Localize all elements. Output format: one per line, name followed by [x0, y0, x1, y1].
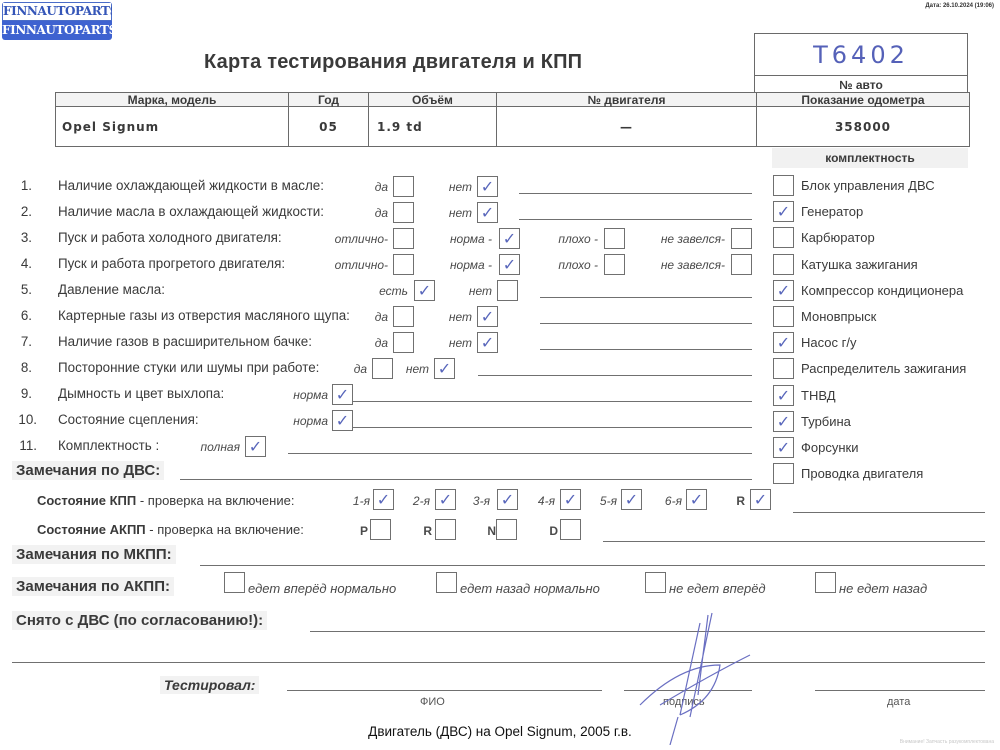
fio-line[interactable] — [287, 690, 602, 691]
completeness-checkbox[interactable] — [773, 358, 794, 379]
auto-gear-checkbox[interactable] — [560, 519, 581, 540]
option-checkbox[interactable]: ✓ — [477, 176, 498, 197]
checklist-number: 11. — [15, 438, 37, 453]
notes-line[interactable] — [519, 193, 752, 194]
remarks-manual-line[interactable] — [200, 565, 985, 566]
logo-line-2: FINNAUTOPARTS — [2, 21, 112, 40]
date-line[interactable] — [815, 690, 985, 691]
option-checkbox[interactable] — [604, 254, 625, 275]
completeness-item-label: Форсунки — [801, 440, 858, 455]
auto-remark-label: едет назад нормально — [460, 581, 600, 596]
completeness-checkbox[interactable]: ✓ — [773, 437, 794, 458]
notes-line[interactable] — [540, 297, 752, 298]
value-year: 05 — [289, 107, 369, 147]
completeness-checkbox[interactable] — [773, 463, 794, 484]
completeness-item-label: Насос г/у — [801, 335, 856, 350]
option-checkbox[interactable] — [393, 176, 414, 197]
option-label: плохо - — [558, 258, 598, 272]
checklist-label: Комплектность : — [58, 438, 159, 453]
manual-gear-checkbox[interactable]: ✓ — [750, 489, 771, 510]
manual-gear-checkbox[interactable]: ✓ — [497, 489, 518, 510]
manual-gear-label: 6-я — [665, 494, 682, 508]
remarks-auto-label: Замечания по АКПП: — [12, 577, 174, 596]
option-checkbox[interactable] — [393, 306, 414, 327]
completeness-checkbox[interactable]: ✓ — [773, 411, 794, 432]
manual-gear-checkbox[interactable]: ✓ — [373, 489, 394, 510]
completeness-item-label: Турбина — [801, 414, 851, 429]
manual-gear-label: 1-я — [353, 494, 370, 508]
option-checkbox[interactable]: ✓ — [477, 306, 498, 327]
checklist-label: Наличие газов в расширительном бачке: — [58, 334, 312, 349]
value-volume: 1.9 td — [369, 107, 497, 147]
auto-gear-checkbox[interactable] — [370, 519, 391, 540]
option-label: полная — [201, 440, 240, 454]
option-label: да — [375, 180, 388, 194]
auto-remark-checkbox[interactable] — [815, 572, 836, 593]
checklist-number: 1. — [10, 178, 32, 193]
auto-gearbox-line[interactable] — [603, 541, 985, 542]
manual-gear-checkbox[interactable]: ✓ — [686, 489, 707, 510]
auto-remark-checkbox[interactable] — [436, 572, 457, 593]
notes-line[interactable] — [478, 375, 752, 376]
checklist-label: Состояние сцепления: — [58, 412, 199, 427]
checklist-label: Наличие масла в охлаждающей жидкости: — [58, 204, 324, 219]
auto-number-value: T6402 — [755, 34, 967, 76]
completeness-item-label: Проводка двигателя — [801, 466, 923, 481]
auto-gear-checkbox[interactable] — [435, 519, 456, 540]
col-odometer: Показание одометра — [757, 93, 970, 107]
option-checkbox[interactable] — [372, 358, 393, 379]
completeness-title: комплектность — [772, 148, 968, 168]
completeness-checkbox[interactable] — [773, 254, 794, 275]
option-checkbox[interactable] — [497, 280, 518, 301]
option-checkbox[interactable]: ✓ — [414, 280, 435, 301]
completeness-checkbox[interactable] — [773, 227, 794, 248]
option-checkbox[interactable] — [393, 254, 414, 275]
auto-number-box: T6402 № авто — [754, 33, 968, 95]
auto-gear-label: P — [360, 524, 368, 538]
remarks-engine-label: Замечания по ДВС: — [12, 461, 164, 480]
manual-gearbox-line[interactable] — [793, 512, 985, 513]
option-checkbox[interactable] — [393, 228, 414, 249]
option-label: да — [375, 336, 388, 350]
manual-gear-label: 5-я — [600, 494, 617, 508]
notes-line[interactable] — [540, 323, 752, 324]
option-checkbox[interactable] — [393, 332, 414, 353]
checklist-label: Картерные газы из отверстия масляного щу… — [58, 308, 350, 323]
auto-gear-checkbox[interactable] — [496, 519, 517, 540]
auto-remark-checkbox[interactable] — [645, 572, 666, 593]
option-checkbox[interactable]: ✓ — [477, 202, 498, 223]
checklist-number: 8. — [10, 360, 32, 375]
finnautoparts-logo: FINNAUTOPARTS FINNAUTOPARTS — [2, 2, 112, 40]
checklist-number: 3. — [10, 230, 32, 245]
auto-remark-checkbox[interactable] — [224, 572, 245, 593]
manual-gear-checkbox[interactable]: ✓ — [435, 489, 456, 510]
option-checkbox[interactable]: ✓ — [332, 410, 353, 431]
notes-line[interactable] — [352, 401, 752, 402]
document-date: Дата: 26.10.2024 (19:06) — [925, 3, 994, 9]
auto-remark-label: не едет назад — [839, 581, 927, 596]
completeness-item-label: Катушка зажигания — [801, 257, 918, 272]
checklist-number: 5. — [10, 282, 32, 297]
completeness-item-label: Карбюратор — [801, 230, 875, 245]
completeness-checkbox[interactable]: ✓ — [773, 280, 794, 301]
completeness-item-label: Распределитель зажигания — [801, 361, 966, 376]
option-label: норма — [293, 388, 328, 402]
notes-line[interactable] — [540, 349, 752, 350]
completeness-checkbox[interactable]: ✓ — [773, 201, 794, 222]
option-label: норма - — [450, 232, 492, 246]
option-label: нет — [449, 206, 472, 220]
checklist-number: 7. — [10, 334, 32, 349]
auto-gear-label: D — [549, 524, 558, 538]
option-label: нет — [449, 180, 472, 194]
removed-label: Снято с ДВС (по согласованию!): — [12, 611, 267, 630]
remarks-engine-line[interactable] — [180, 479, 752, 480]
completeness-item-label: Моновпрыск — [801, 309, 876, 324]
manual-gear-checkbox[interactable]: ✓ — [560, 489, 581, 510]
completeness-item-label: Блок управления ДВС — [801, 178, 935, 193]
manual-gear-label: R — [736, 494, 745, 508]
option-label: не завелся- — [661, 258, 725, 272]
option-label: нет — [406, 362, 429, 376]
checklist-label: Посторонние стуки или шумы при работе: — [58, 360, 319, 375]
option-label: нет — [449, 310, 472, 324]
option-label: да — [375, 310, 388, 324]
manual-gear-label: 3-я — [473, 494, 490, 508]
col-make-model: Марка, модель — [56, 93, 289, 107]
option-label: норма - — [450, 258, 492, 272]
col-year: Год — [289, 93, 369, 107]
image-caption: Двигатель (ДВС) на Opel Signum, 2005 г.в… — [0, 724, 1000, 739]
option-label: есть — [379, 284, 408, 298]
value-make-model: Opel Signum — [56, 107, 289, 147]
option-label: отлично- — [335, 232, 388, 246]
option-label: отлично- — [335, 258, 388, 272]
option-checkbox[interactable] — [393, 202, 414, 223]
checklist-number: 9. — [10, 386, 32, 401]
checklist-number: 4. — [10, 256, 32, 271]
completeness-checkbox[interactable]: ✓ — [773, 332, 794, 353]
option-checkbox[interactable]: ✓ — [499, 254, 520, 275]
manual-gear-checkbox[interactable]: ✓ — [621, 489, 642, 510]
checklist-number: 6. — [10, 308, 32, 323]
removed-line-2[interactable] — [12, 662, 985, 663]
option-label: да — [375, 206, 388, 220]
date-label: дата — [887, 696, 910, 708]
logo-line-1: FINNAUTOPARTS — [2, 2, 112, 21]
option-label: нет — [469, 284, 492, 298]
manual-gear-label: 4-я — [538, 494, 555, 508]
checklist-label: Давление масла: — [58, 282, 165, 297]
checklist-label: Пуск и работа прогретого двигателя: — [58, 256, 285, 271]
checklist-label: Дымность и цвет выхлопа: — [58, 386, 224, 401]
value-engine-number: — — [497, 107, 757, 147]
auto-gearbox-label: Состояние АКПП - проверка на включение: — [37, 522, 304, 537]
manual-gearbox-label: Состояние КПП - проверка на включение: — [37, 493, 294, 508]
watermark-text: Внимание! Запчасть разукомплектована — [900, 739, 994, 745]
fio-label: ФИО — [420, 696, 445, 708]
option-checkbox[interactable]: ✓ — [434, 358, 455, 379]
auto-remark-label: не едет вперёд — [669, 581, 766, 596]
option-checkbox[interactable]: ✓ — [499, 228, 520, 249]
auto-remark-label: едет вперёд нормально — [248, 581, 396, 596]
manual-gear-label: 2-я — [413, 494, 430, 508]
option-checkbox[interactable] — [731, 254, 752, 275]
checklist-label: Пуск и работа холодного двигателя: — [58, 230, 282, 245]
auto-gear-label: R — [423, 524, 432, 538]
remarks-manual-label: Замечания по МКПП: — [12, 545, 176, 564]
completeness-item-label: ТНВД — [801, 388, 836, 403]
option-checkbox[interactable] — [604, 228, 625, 249]
completeness-item-label: Генератор — [801, 204, 863, 219]
page-title: Карта тестирования двигателя и КПП — [204, 51, 582, 74]
completeness-checkbox[interactable]: ✓ — [773, 385, 794, 406]
col-engine-number: № двигателя — [497, 93, 757, 107]
checklist-label: Наличие охлаждающей жидкости в масле: — [58, 178, 324, 193]
vehicle-info-table: Марка, модель Год Объём № двигателя Пока… — [55, 92, 970, 147]
option-checkbox[interactable] — [731, 228, 752, 249]
notes-line[interactable] — [352, 427, 752, 428]
col-volume: Объём — [369, 93, 497, 107]
completeness-item-label: Компрессор кондиционера — [801, 283, 963, 298]
completeness-checkbox[interactable] — [773, 306, 794, 327]
checklist-number: 10. — [15, 412, 37, 427]
tested-by-label: Тестировал: — [160, 676, 259, 694]
option-checkbox[interactable]: ✓ — [332, 384, 353, 405]
completeness-checkbox[interactable] — [773, 175, 794, 196]
option-checkbox[interactable]: ✓ — [477, 332, 498, 353]
option-label: да — [354, 362, 367, 376]
option-label: плохо - — [558, 232, 598, 246]
notes-line[interactable] — [519, 219, 752, 220]
option-label: нет — [449, 336, 472, 350]
option-checkbox[interactable]: ✓ — [245, 436, 266, 457]
value-odometer: 358000 — [757, 107, 970, 147]
checklist-number: 2. — [10, 204, 32, 219]
option-label: не завелся- — [661, 232, 725, 246]
option-label: норма — [293, 414, 328, 428]
notes-line[interactable] — [288, 453, 752, 454]
auto-gear-label: N — [487, 524, 496, 538]
